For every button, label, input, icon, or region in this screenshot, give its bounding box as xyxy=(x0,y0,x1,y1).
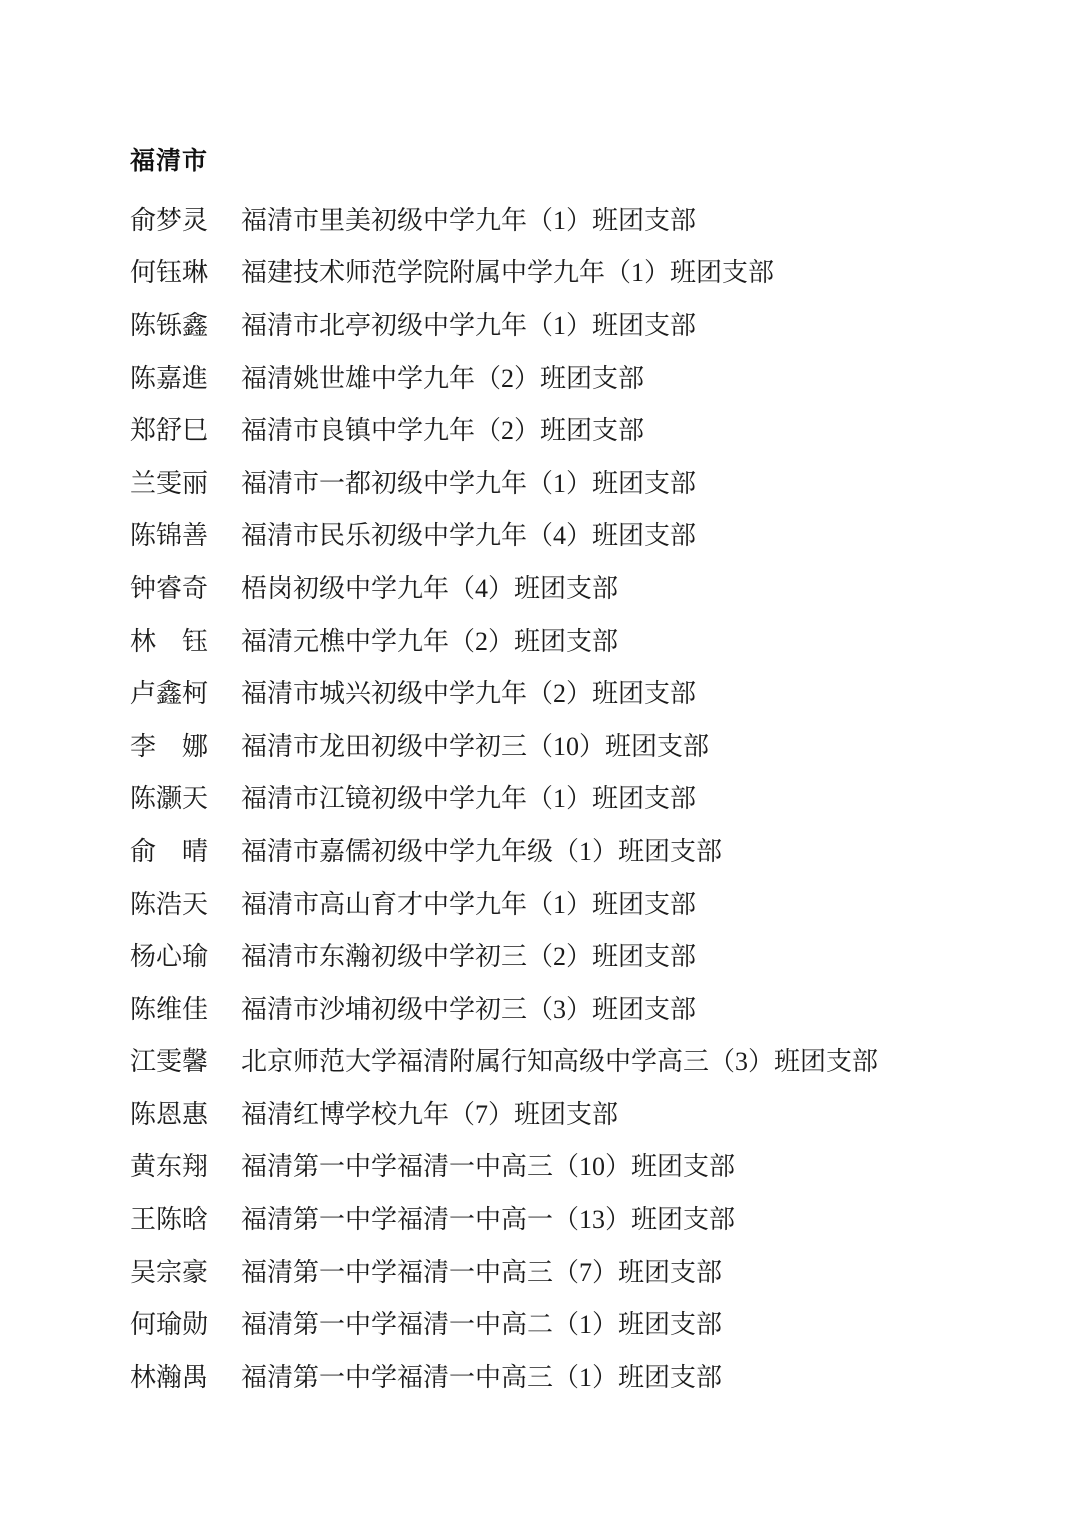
list-row: 陈灏天 福清市江镜初级中学九年（1）班团支部 xyxy=(130,771,1040,824)
branch-name: 福清市民乐初级中学九年（4）班团支部 xyxy=(241,515,696,552)
list-row: 卢鑫柯 福清市城兴初级中学九年（2）班团支部 xyxy=(130,665,1040,718)
list-row: 陈恩惠 福清红博学校九年（7）班团支部 xyxy=(130,1086,1040,1139)
list-row: 李 娜 福清市龙田初级中学初三（10）班团支部 xyxy=(130,718,1040,771)
list-row: 林 钰 福清元樵中学九年（2）班团支部 xyxy=(130,613,1040,666)
branch-name: 福清市江镜初级中学九年（1）班团支部 xyxy=(241,778,696,815)
student-name: 陈恩惠 xyxy=(130,1094,241,1131)
branch-name: 福清市高山育才中学九年（1）班团支部 xyxy=(241,884,696,921)
student-name: 陈灏天 xyxy=(130,778,241,815)
branch-name: 福清市沙埔初级中学初三（3）班团支部 xyxy=(241,989,696,1026)
student-name: 俞梦灵 xyxy=(130,200,241,237)
student-name: 林瀚禺 xyxy=(130,1357,241,1394)
student-name: 何瑜勋 xyxy=(130,1304,241,1341)
student-name: 黄东翔 xyxy=(130,1146,241,1183)
student-name: 杨心瑜 xyxy=(130,936,241,973)
branch-name: 福清市龙田初级中学初三（10）班团支部 xyxy=(241,726,709,763)
student-name: 陈铄鑫 xyxy=(130,305,241,342)
branch-name: 梧岗初级中学九年（4）班团支部 xyxy=(241,568,618,605)
student-name: 陈维佳 xyxy=(130,989,241,1026)
list-row: 郑舒巳 福清市良镇中学九年（2）班团支部 xyxy=(130,402,1040,455)
list-row: 何瑜勋 福清第一中学福清一中高二（1）班团支部 xyxy=(130,1296,1040,1349)
list-row: 陈维佳 福清市沙埔初级中学初三（3）班团支部 xyxy=(130,981,1040,1034)
branch-name: 福建技术师范学院附属中学九年（1）班团支部 xyxy=(241,252,774,289)
branch-name: 福清市城兴初级中学九年（2）班团支部 xyxy=(241,673,696,710)
list-row: 俞 晴 福清市嘉儒初级中学九年级（1）班团支部 xyxy=(130,823,1040,876)
list-row: 陈浩天 福清市高山育才中学九年（1）班团支部 xyxy=(130,876,1040,929)
student-name: 吴宗豪 xyxy=(130,1252,241,1289)
student-name: 兰雯丽 xyxy=(130,463,241,500)
branch-name: 福清第一中学福清一中高三（7）班团支部 xyxy=(241,1252,722,1289)
list-row: 陈嘉進 福清姚世雄中学九年（2）班团支部 xyxy=(130,350,1040,403)
branch-name: 福清市嘉儒初级中学九年级（1）班团支部 xyxy=(241,831,722,868)
student-name: 卢鑫柯 xyxy=(130,673,241,710)
branch-name: 北京师范大学福清附属行知高级中学高三（3）班团支部 xyxy=(241,1041,878,1078)
list-row: 吴宗豪 福清第一中学福清一中高三（7）班团支部 xyxy=(130,1244,1040,1297)
branch-name: 福清市一都初级中学九年（1）班团支部 xyxy=(241,463,696,500)
branch-name: 福清市里美初级中学九年（1）班团支部 xyxy=(241,200,696,237)
branch-name: 福清市良镇中学九年（2）班团支部 xyxy=(241,410,644,447)
section-title: 福清市 xyxy=(130,149,1040,175)
student-name: 钟睿奇 xyxy=(130,568,241,605)
list-row: 江雯馨 北京师范大学福清附属行知高级中学高三（3）班团支部 xyxy=(130,1034,1040,1087)
branch-name: 福清市东瀚初级中学初三（2）班团支部 xyxy=(241,936,696,973)
list-row: 何钰琳 福建技术师范学院附属中学九年（1）班团支部 xyxy=(130,245,1040,298)
list-row: 王陈晗 福清第一中学福清一中高一（13）班团支部 xyxy=(130,1191,1040,1244)
document-page: 福清市 俞梦灵 福清市里美初级中学九年（1）班团支部 何钰琳 福建技术师范学院附… xyxy=(130,149,1040,1402)
student-name: 陈嘉進 xyxy=(130,358,241,395)
list-row: 林瀚禺 福清第一中学福清一中高三（1）班团支部 xyxy=(130,1349,1040,1402)
list-row: 钟睿奇 梧岗初级中学九年（4）班团支部 xyxy=(130,560,1040,613)
student-name: 俞 晴 xyxy=(130,831,241,868)
student-name: 何钰琳 xyxy=(130,252,241,289)
branch-name: 福清第一中学福清一中高二（1）班团支部 xyxy=(241,1304,722,1341)
list-row: 陈锦善 福清市民乐初级中学九年（4）班团支部 xyxy=(130,508,1040,561)
list-row: 陈铄鑫 福清市北亭初级中学九年（1）班团支部 xyxy=(130,297,1040,350)
list-row: 俞梦灵 福清市里美初级中学九年（1）班团支部 xyxy=(130,192,1040,245)
branch-name: 福清姚世雄中学九年（2）班团支部 xyxy=(241,358,644,395)
list-row: 兰雯丽 福清市一都初级中学九年（1）班团支部 xyxy=(130,455,1040,508)
student-name: 李 娜 xyxy=(130,726,241,763)
branch-name: 福清市北亭初级中学九年（1）班团支部 xyxy=(241,305,696,342)
branch-name: 福清红博学校九年（7）班团支部 xyxy=(241,1094,618,1131)
student-name: 江雯馨 xyxy=(130,1041,241,1078)
student-name: 林 钰 xyxy=(130,621,241,658)
student-name: 陈锦善 xyxy=(130,515,241,552)
list-row: 杨心瑜 福清市东瀚初级中学初三（2）班团支部 xyxy=(130,928,1040,981)
list-row: 黄东翔 福清第一中学福清一中高三（10）班团支部 xyxy=(130,1139,1040,1192)
branch-name: 福清第一中学福清一中高三（1）班团支部 xyxy=(241,1357,722,1394)
roster-list: 俞梦灵 福清市里美初级中学九年（1）班团支部 何钰琳 福建技术师范学院附属中学九… xyxy=(130,192,1040,1402)
student-name: 郑舒巳 xyxy=(130,410,241,447)
student-name: 陈浩天 xyxy=(130,884,241,921)
branch-name: 福清第一中学福清一中高一（13）班团支部 xyxy=(241,1199,735,1236)
branch-name: 福清元樵中学九年（2）班团支部 xyxy=(241,621,618,658)
branch-name: 福清第一中学福清一中高三（10）班团支部 xyxy=(241,1146,735,1183)
student-name: 王陈晗 xyxy=(130,1199,241,1236)
